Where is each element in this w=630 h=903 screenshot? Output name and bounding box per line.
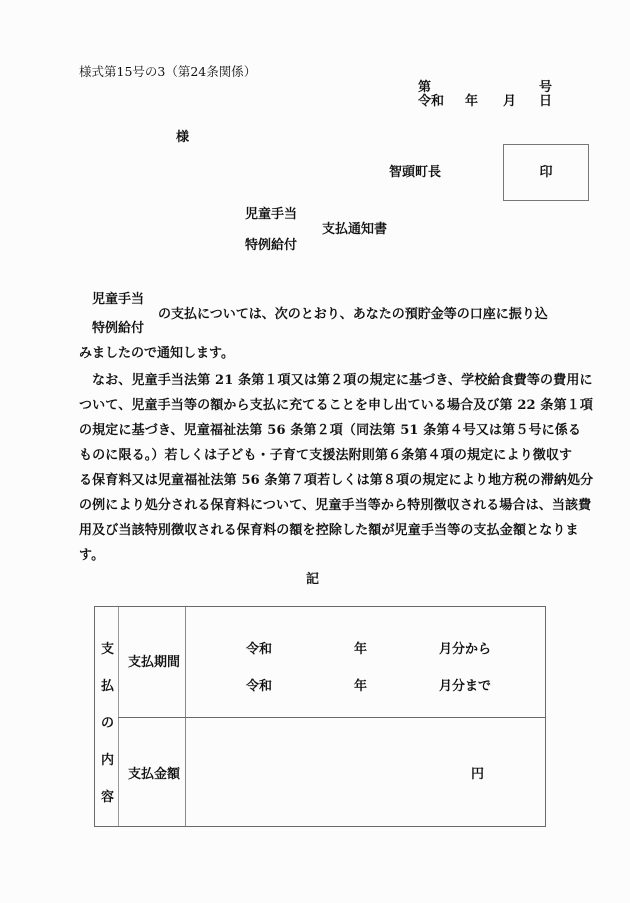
body-line: なお、児童手当法第 21 条第１項又は第２項の規定に基づき、学校給食費等の費用に	[92, 374, 593, 387]
intro-text: の支払については、次のとおり、あなたの預貯金等の口座に振り込	[158, 308, 548, 321]
payment-amount-label: 支払金額	[128, 768, 180, 781]
group-label-char: 容	[101, 791, 114, 804]
body-line: ものに限る。）若しくは子ども・子育て支援法附則第６条第４項の規定により徴収す	[79, 449, 572, 462]
period-to-era: 令和	[246, 680, 272, 693]
form-number: 様式第15号の3（第24条関係）	[79, 66, 256, 79]
intro-option-special-benefit: 特例給付	[92, 322, 144, 335]
addressee-honorific: 様	[176, 131, 189, 144]
period-to-month-label: 月分まで	[439, 680, 491, 693]
group-label-char: 払	[101, 680, 114, 693]
body-line: の規定に基づき、児童福祉法第 56 条第２項（同法第 51 条第４号又は第５号に…	[79, 424, 581, 437]
seal-box: 印	[503, 144, 589, 201]
group-label-char: 支	[101, 643, 114, 656]
body-line: の例により処分される保育料について、児童手当等から特別徴収される場合は、当該費	[79, 499, 591, 512]
intro-tail: みましたので通知します。	[79, 347, 234, 360]
body-line: ついて、児童手当等の額から支払に充てることを申し出ている場合及び第 22 条第１…	[79, 399, 593, 412]
body-line: す。	[79, 549, 104, 562]
record-heading: 記	[306, 573, 319, 586]
amount-unit: 円	[471, 768, 484, 781]
body-line: 用及び当該特別徴収される保育料の額を控除した額が児童手当等の支払金額となりま	[79, 524, 579, 537]
date-era: 令和	[418, 95, 444, 108]
document-number-prefix: 第	[418, 81, 431, 94]
intro-option-child-allowance: 児童手当	[92, 293, 144, 306]
group-label-char: 内	[101, 754, 114, 767]
date-month-label: 月	[503, 95, 516, 108]
period-from-era: 令和	[246, 643, 272, 656]
period-from-month-label: 月分から	[439, 643, 491, 656]
issuer-name: 智頭町長	[389, 166, 441, 179]
document-title: 支払通知書	[322, 223, 387, 236]
table-divider	[118, 717, 545, 718]
seal-label: 印	[539, 166, 552, 179]
body-line: る保育料又は児童福祉法第 56 条第７項若しくは第８項の規定により地方税の滞納処…	[79, 474, 593, 487]
period-from-year-label: 年	[354, 643, 367, 656]
date-year-label: 年	[465, 95, 478, 108]
group-label-char: の	[101, 717, 114, 730]
date-day-label: 日	[539, 95, 552, 108]
period-to-year-label: 年	[354, 680, 367, 693]
payment-period-label: 支払期間	[128, 656, 180, 669]
title-option-special-benefit: 特例給付	[245, 239, 297, 252]
payment-details-table: 支 払 の 内 容 支払期間 支払金額 令和 年 月分から 令和 年 月分まで …	[94, 606, 546, 827]
document-number-suffix: 号	[539, 81, 552, 94]
title-option-child-allowance: 児童手当	[245, 208, 297, 221]
